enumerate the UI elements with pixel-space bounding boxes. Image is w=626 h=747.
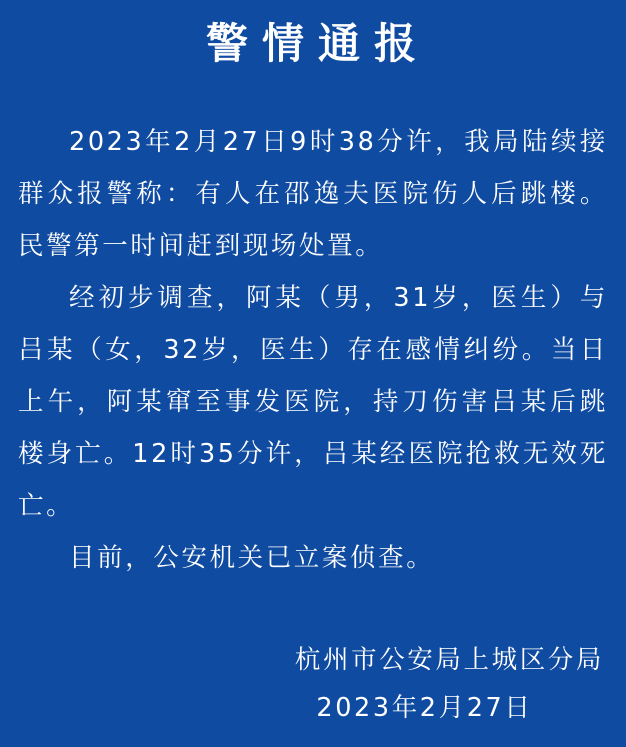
paragraph-incident-report: 2023年2月27日9时38分许，我局陆续接群众报警称：有人在邵逸夫医院伤人后跳… xyxy=(18,116,608,272)
notice-signature: 杭州市公安局上城区分局 2023年2月27日 xyxy=(295,636,604,732)
paragraph-investigation: 经初步调查，阿某（男，31岁，医生）与吕某（女，32岁，医生）存在感情纠纷。当日… xyxy=(18,272,608,532)
issue-date: 2023年2月27日 xyxy=(295,684,604,732)
notice-body: 2023年2月27日9时38分许，我局陆续接群众报警称：有人在邵逸夫医院伤人后跳… xyxy=(18,116,608,584)
paragraph-case-status: 目前，公安机关已立案侦查。 xyxy=(18,532,608,584)
issuing-organization: 杭州市公安局上城区分局 xyxy=(295,636,604,684)
notice-title: 警情通报 xyxy=(0,18,626,70)
police-notice-document: 警情通报 2023年2月27日9时38分许，我局陆续接群众报警称：有人在邵逸夫医… xyxy=(0,0,626,747)
